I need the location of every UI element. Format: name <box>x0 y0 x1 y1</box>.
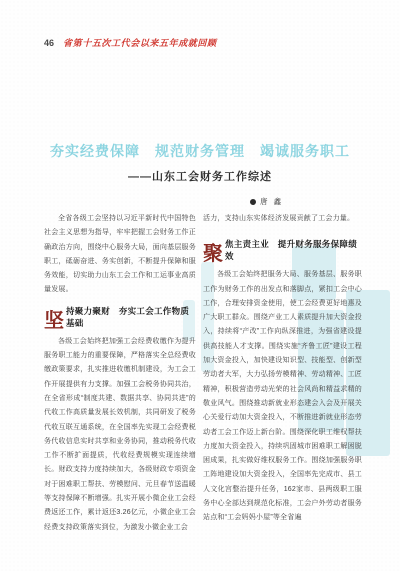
author-bullet-icon <box>250 199 256 205</box>
intro-paragraph: 全省各级工会坚持以习近平新时代中国特色社会主义思想为指导，牢牢把握工会财务工作正… <box>44 212 196 298</box>
section1-body: 各级工会始终把加强工会经费收缴作为提升服务职工能力的重要保障，严格落实全总经费收… <box>44 335 196 535</box>
section1-heading: 坚 持聚力聚财 夯实工会工作物质基础 <box>44 305 196 330</box>
continuation-paragraph: 活力，支持山东实体经济发展贡献了工会力量。 <box>203 212 362 226</box>
column-right: 活力，支持山东实体经济发展贡献了工会力量。 聚 焦主责主业 提升财务服务保障绩效… <box>203 212 362 546</box>
article-subtitle: ——山东工会财务工作综述 <box>0 168 400 184</box>
page-number: 46 <box>44 38 54 48</box>
article-title: 夯实经费保障 规范财务管理 竭诚服务职工 <box>0 141 400 161</box>
article-body: 全省各级工会坚持以习近平新时代中国特色社会主义思想为指导，牢牢把握工会财务工作正… <box>44 212 362 546</box>
author-byline: 唐 鑫 <box>250 196 283 207</box>
section1-dropcap: 坚 <box>44 312 64 330</box>
section2-heading: 聚 焦主责主业 提升财务服务保障绩效 <box>203 238 362 263</box>
column-left: 全省各级工会坚持以习近平新时代中国特色社会主义思想为指导，牢牢把握工会财务工作正… <box>44 212 196 546</box>
magazine-page: 46 省第十五次工代会以来五年成就回顾 夯实经费保障 规范财务管理 竭诚服务职工… <box>0 0 400 571</box>
section1-title: 持聚力聚财 夯实工会工作物质基础 <box>66 305 196 330</box>
section2-dropcap: 聚 <box>203 245 223 263</box>
author-name: 唐 鑫 <box>260 196 283 207</box>
header-strapline: 省第十五次工代会以来五年成就回顾 <box>63 36 217 49</box>
section2-body: 各级工会始终把服务大局、服务基层、服务职工作为财务工作的出发点和落脚点，紧扣工会… <box>203 268 362 525</box>
page-header: 46 省第十五次工代会以来五年成就回顾 <box>44 36 217 49</box>
section2-title: 焦主责主业 提升财务服务保障绩效 <box>225 238 362 263</box>
